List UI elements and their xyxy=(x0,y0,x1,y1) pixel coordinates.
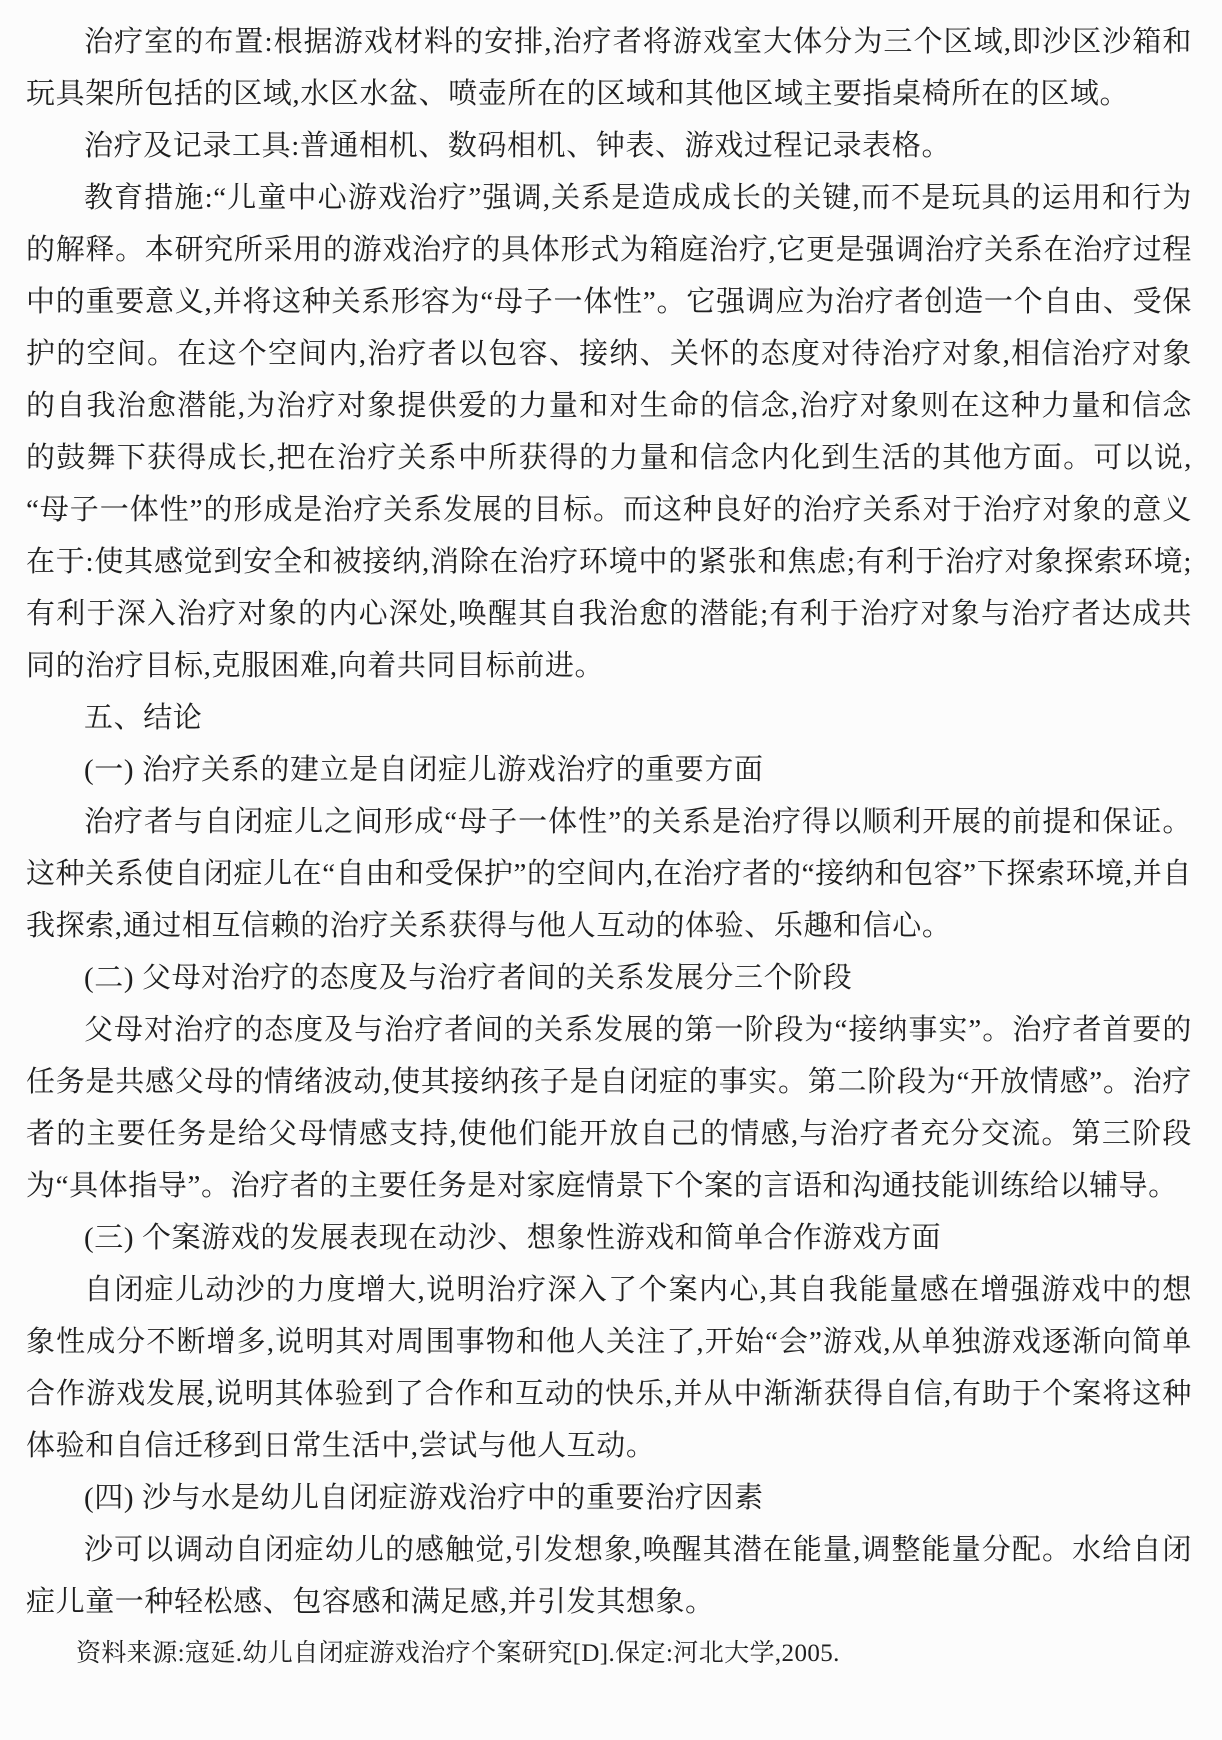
paragraph: 治疗室的布置:根据游戏材料的安排,治疗者将游戏室大体分为三个区域,即沙区沙箱和玩… xyxy=(26,16,1192,120)
text-column: 治疗室的布置:根据游戏材料的安排,治疗者将游戏室大体分为三个区域,即沙区沙箱和玩… xyxy=(26,16,1192,1680)
subsection-heading: (四) 沙与水是幼儿自闭症游戏治疗中的重要治疗因素 xyxy=(26,1472,1192,1524)
paragraph: 自闭症儿动沙的力度增大,说明治疗深入了个案内心,其自我能量感在增强游戏中的想象性… xyxy=(26,1264,1192,1472)
paragraph: 父母对治疗的态度及与治疗者间的关系发展的第一阶段为“接纳事实”。治疗者首要的任务… xyxy=(26,1004,1192,1212)
subsection-heading: (一) 治疗关系的建立是自闭症儿游戏治疗的重要方面 xyxy=(26,744,1192,796)
subsection-heading: (二) 父母对治疗的态度及与治疗者间的关系发展分三个阶段 xyxy=(26,952,1192,1004)
paragraph: 沙可以调动自闭症幼儿的感触觉,引发想象,唤醒其潜在能量,调整能量分配。水给自闭症… xyxy=(26,1524,1192,1628)
subsection-heading: (三) 个案游戏的发展表现在动沙、想象性游戏和简单合作游戏方面 xyxy=(26,1212,1192,1264)
document-page: 治疗室的布置:根据游戏材料的安排,治疗者将游戏室大体分为三个区域,即沙区沙箱和玩… xyxy=(0,0,1222,1740)
paragraph: 治疗者与自闭症儿之间形成“母子一体性”的关系是治疗得以顺利开展的前提和保证。这种… xyxy=(26,796,1192,952)
paragraph: 教育措施:“儿童中心游戏治疗”强调,关系是造成成长的关键,而不是玩具的运用和行为… xyxy=(26,172,1192,692)
source-citation: 资料来源:寇延.幼儿自闭症游戏治疗个案研究[D].保定:河北大学,2005. xyxy=(26,1628,1192,1680)
paragraph: 治疗及记录工具:普通相机、数码相机、钟表、游戏过程记录表格。 xyxy=(26,120,1192,172)
section-heading: 五、结论 xyxy=(26,692,1192,744)
